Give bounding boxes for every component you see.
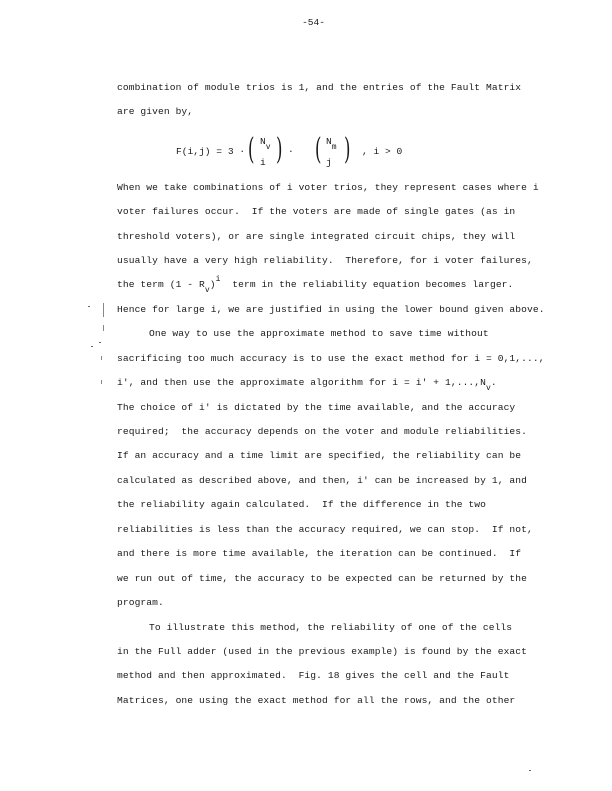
binom2-top: Nm [326, 136, 337, 147]
scan-speck [91, 346, 93, 347]
text-line: required; the accuracy depends on the vo… [117, 426, 527, 437]
text-line: combination of module trios is 1, and th… [117, 82, 521, 93]
text-line: threshold voters), or are single integra… [117, 231, 515, 242]
formula-dot: · [288, 146, 294, 157]
text-line: program. [117, 597, 164, 608]
binom2-bottom: j [326, 157, 332, 168]
left-paren-1: ( [248, 135, 254, 165]
binom1-bottom: i [260, 157, 266, 168]
scan-speck [88, 306, 90, 307]
right-paren-1: ) [276, 135, 282, 165]
margin-mark [103, 303, 104, 317]
text-line: The choice of i' is dictated by the time… [117, 402, 515, 413]
text-line: One way to use the approximate method to… [149, 328, 489, 339]
margin-mark [101, 356, 102, 360]
text-line: Matrices, one using the exact method for… [117, 695, 515, 706]
text-line: calculated as described above, and then,… [117, 475, 527, 486]
text-line: When we take combinations of i voter tri… [117, 182, 539, 193]
text-line: method and then approximated. Fig. 18 gi… [117, 670, 509, 681]
margin-mark [101, 380, 102, 384]
text-line: we run out of time, the accuracy to be e… [117, 573, 527, 584]
text-line: Hence for large i, we are justified in u… [117, 304, 545, 315]
text-line: voter failures occur. If the voters are … [117, 206, 515, 217]
text-line: If an accuracy and a time limit are spec… [117, 450, 521, 461]
scan-speck [99, 342, 101, 343]
text-line: and there is more time available, the it… [117, 548, 521, 559]
formula-condition: , i > 0 [362, 146, 402, 157]
text-line: are given by, [117, 106, 193, 117]
text-line: usually have a very high reliability. Th… [117, 255, 533, 266]
right-paren-2: ) [344, 135, 350, 165]
nv-line: i', and then use the approximate algorit… [117, 377, 497, 388]
page-number: -54- [0, 17, 612, 28]
text-line: reliabilities is less than the accuracy … [117, 524, 533, 535]
text-line: in the Full adder (used in the previous … [117, 646, 527, 657]
left-paren-2: ( [315, 135, 321, 165]
scan-speck [529, 770, 531, 771]
term-line: the term (1 - Rv)i term in the reliabili… [117, 279, 513, 290]
formula-lhs: F(i,j) = 3 · [176, 146, 245, 157]
text-line: sacrificing too much accuracy is to use … [117, 353, 545, 364]
text-line: To illustrate this method, the reliabili… [149, 622, 512, 633]
binom1-top: Nv [260, 136, 271, 147]
text-line: the reliability again calculated. If the… [117, 499, 486, 510]
margin-mark [103, 325, 104, 331]
